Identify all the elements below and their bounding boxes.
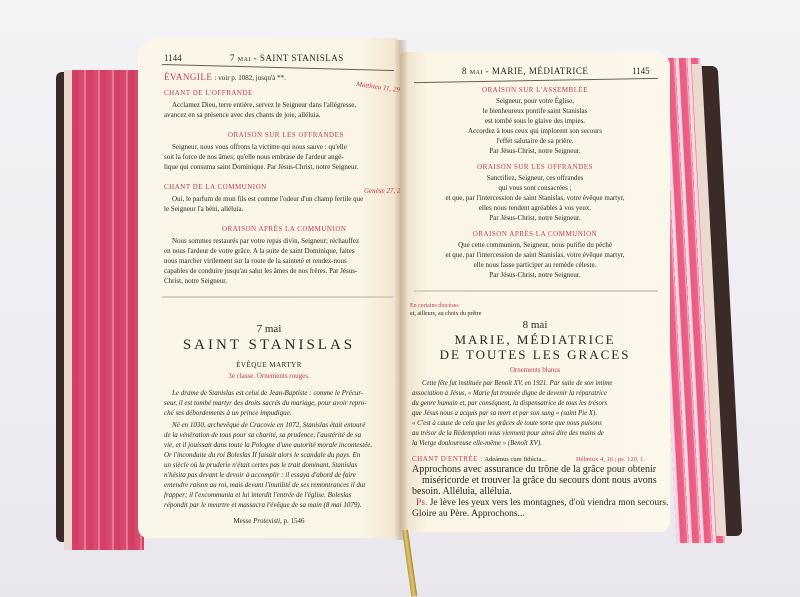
- feast-title-line-1: MARIE, MÉDIATRICE: [400, 334, 670, 345]
- section-divider: [414, 290, 658, 292]
- offrande-label: CHANT DE L'OFFRANDE: [164, 88, 253, 99]
- page-number-left: 1144: [164, 53, 182, 64]
- section-divider: [162, 296, 394, 298]
- running-head-left: 7 mai - SAINT STANISLAS: [230, 53, 344, 64]
- rubric-line-2: et, ailleurs, au choix du prêtre: [410, 310, 481, 318]
- oraison-apres-label: ORAISON APRÈS LA COMMUNION: [222, 224, 346, 235]
- evangile: ÉVANGILE : voir p. 1082, jusqu'à **.: [164, 72, 286, 84]
- gloria: Gloire au Père. Approchons...: [412, 509, 525, 520]
- feast-class: 3e classe. Ornements rouges.: [138, 371, 400, 382]
- psalm-verse: Ps. Je lève les yeux vers les montagnes,…: [416, 498, 668, 509]
- feast-title: SAINT STANISLAS: [138, 340, 400, 351]
- oraison-offrandes-label: ORAISON SUR LES OFFRANDES: [400, 162, 670, 173]
- open-missal: 1144 7 mai - SAINT STANISLAS ÉVANGILE : …: [0, 0, 800, 597]
- left-page: 1144 7 mai - SAINT STANISLAS ÉVANGILE : …: [138, 38, 400, 538]
- book-gutter: [394, 40, 408, 540]
- rubric-line-1: En certains diocèses: [410, 302, 459, 310]
- feast-date: 8 mai: [400, 320, 670, 331]
- header-rule: [414, 78, 658, 83]
- oraison-assemblee-label: ORAISON SUR L'ASSEMBLÉE: [400, 85, 670, 96]
- feast-date: 7 mai: [138, 324, 400, 335]
- communion-label: CHANT DE LA COMMUNION: [164, 182, 267, 193]
- oraison-offrandes-label: ORAISON SUR LES OFFRANDES: [228, 130, 344, 141]
- feast-subtitle: ÉVÊQUE MARTYR: [138, 360, 400, 371]
- right-page: 8 mai - MARIE, MÉDIATRICE 1145 ORAISON S…: [400, 52, 670, 532]
- messe-reference: Messe Protexisti, p. 1546: [138, 516, 400, 527]
- page-edge-paper-left: [64, 70, 72, 550]
- feast-ornaments: Ornements blancs: [400, 365, 670, 376]
- running-head-right: 8 mai - MARIE, MÉDIATRICE: [462, 66, 588, 77]
- header-rule: [162, 64, 394, 71]
- page-number-right: 1145: [632, 66, 650, 77]
- feast-title-line-2: DE TOUTES LES GRACES: [400, 349, 670, 360]
- ribbon-bookmark[interactable]: [402, 530, 417, 597]
- oraison-apres-label: ORAISON APRÈS LA COMMUNION: [400, 229, 670, 240]
- page-edges-left: [64, 70, 144, 550]
